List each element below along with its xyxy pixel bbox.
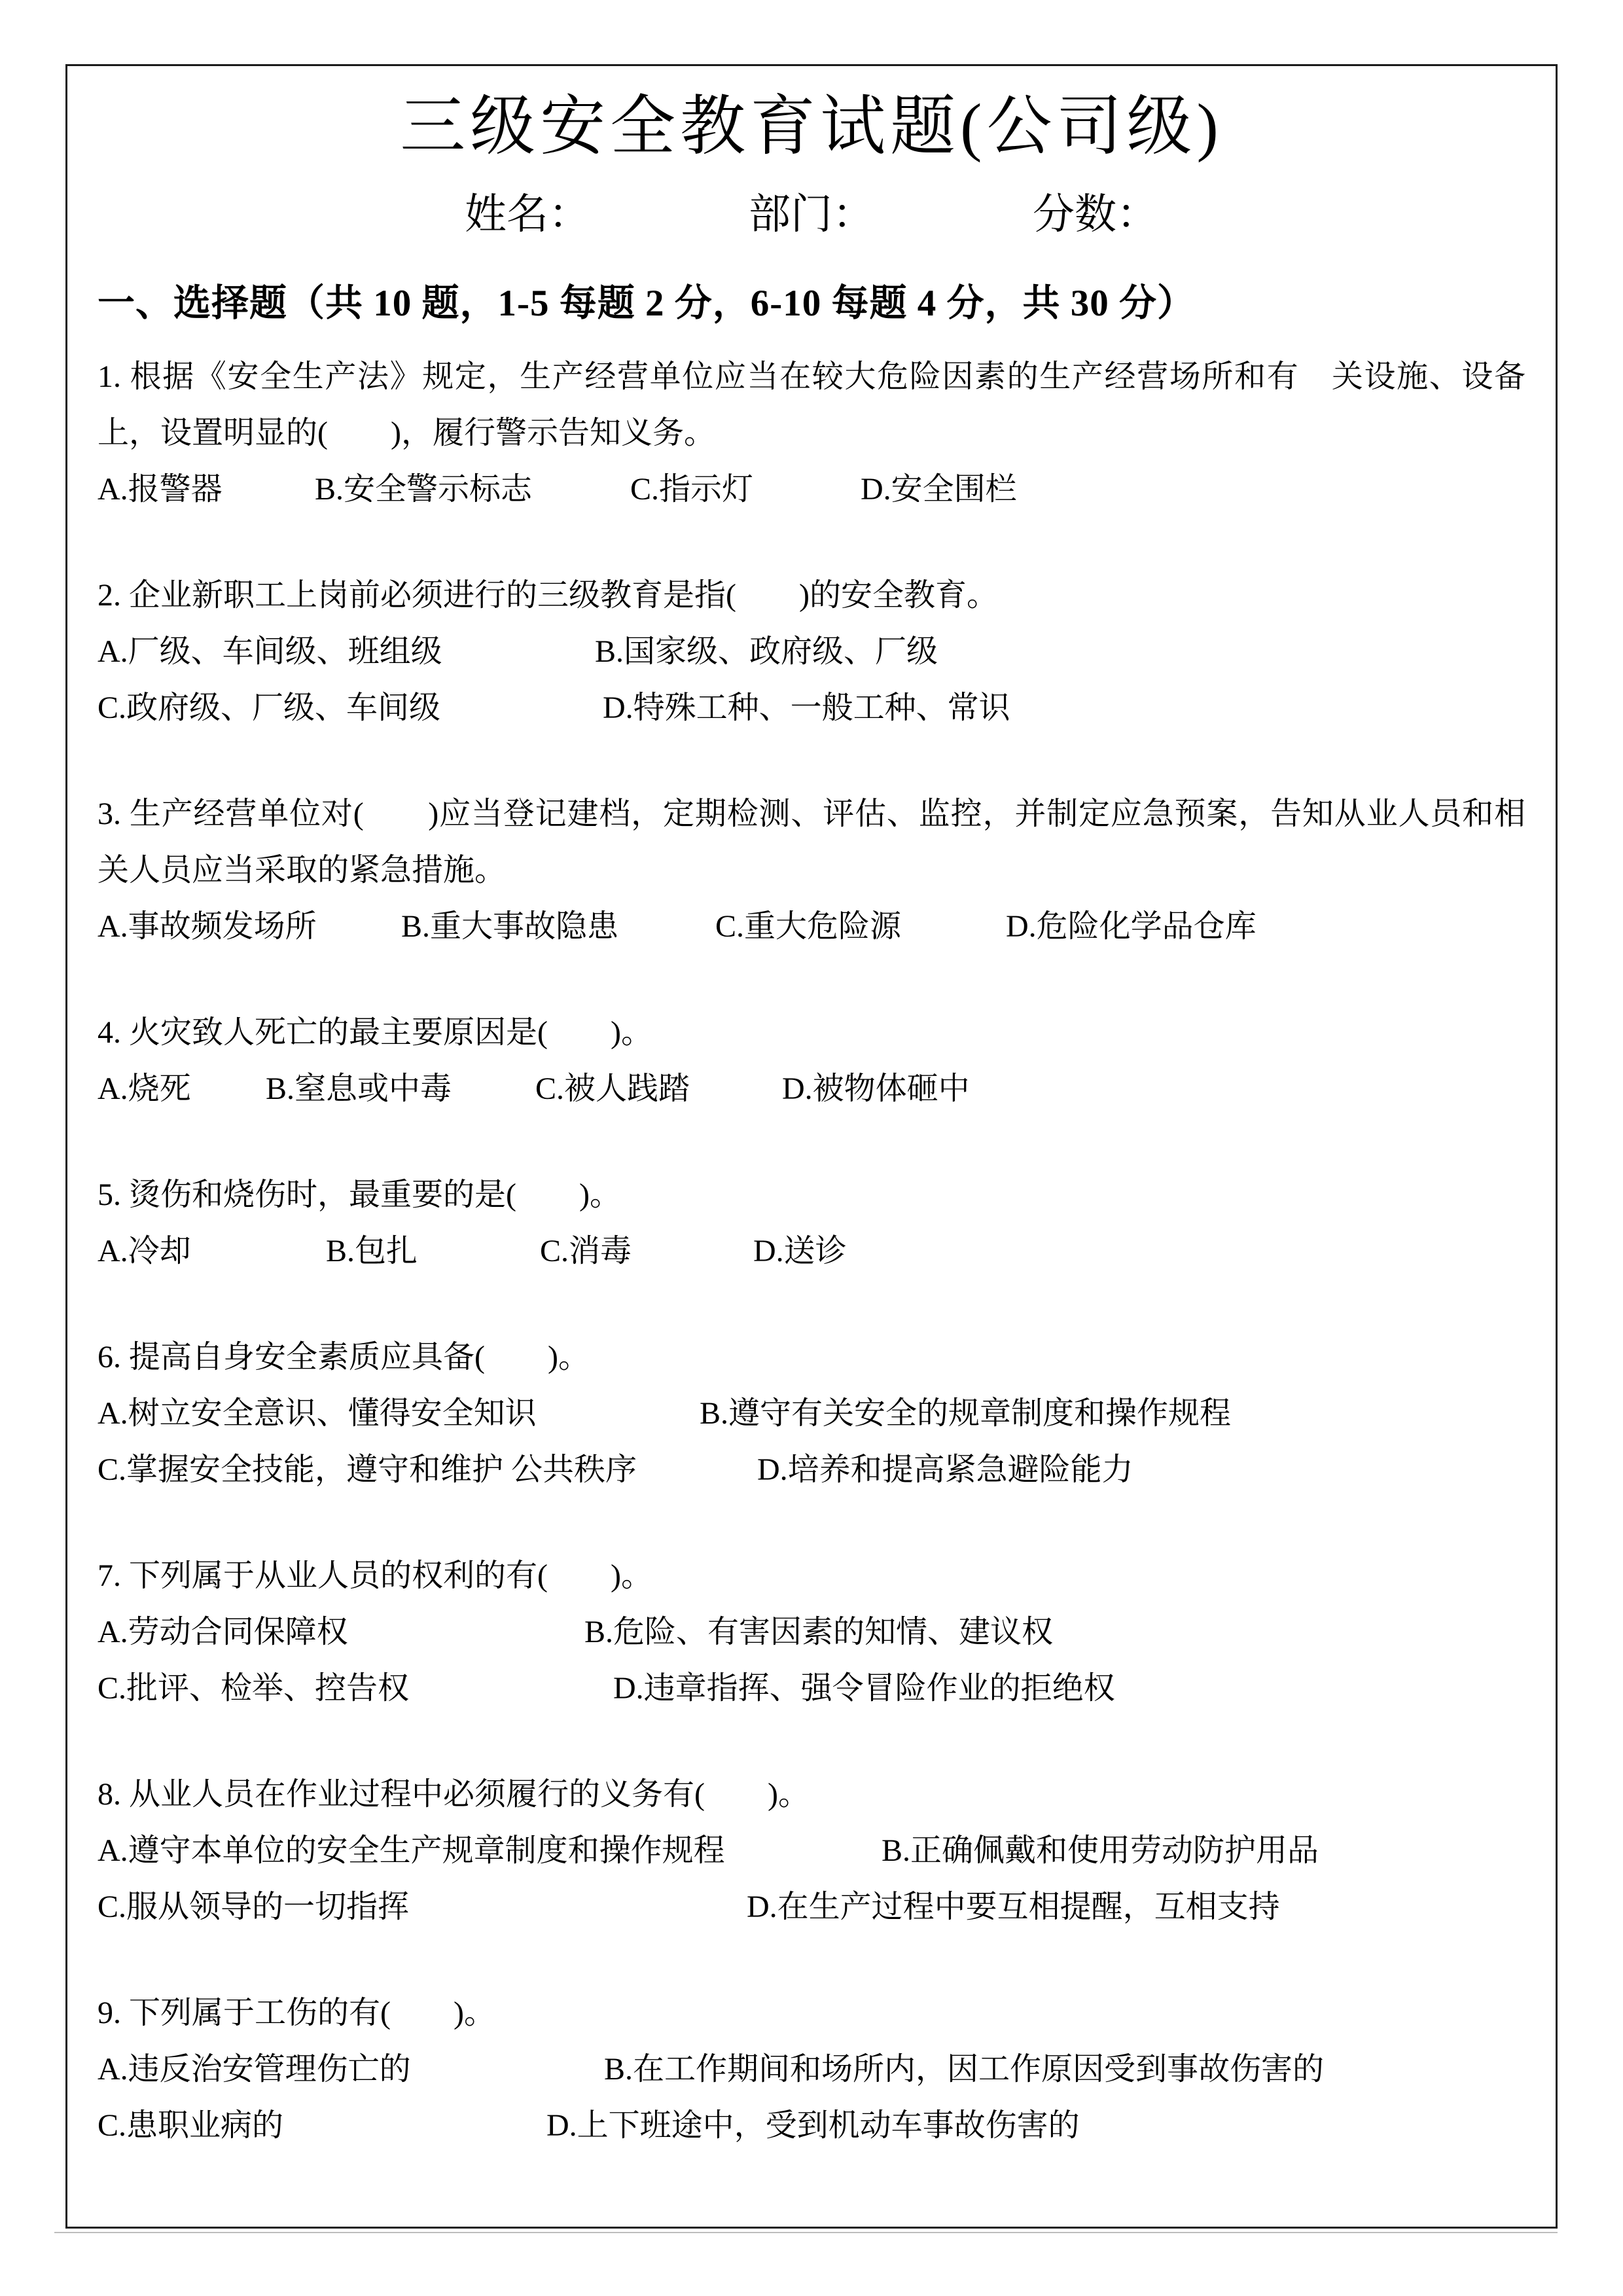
question-6-option-a: A.树立安全意识、懂得安全知识 bbox=[98, 1386, 692, 1442]
question-9-options-row-1: A.违反治安管理伤亡的 B.在工作期间和场所内，因工作原因受到事故伤害的 bbox=[98, 2041, 1525, 2098]
question-5-option-a: A.冷却 bbox=[98, 1223, 318, 1280]
question-7-option-b: B.危险、有害因素的知情、建议权 bbox=[584, 1604, 1053, 1660]
question-7-stem: 7. 下列属于从业人员的权利的有( )。 bbox=[98, 1548, 1525, 1604]
page-border: 三级安全教育试题(公司级) 姓名： 部门： 分数： 一、选择题（共 10 题，1… bbox=[65, 64, 1558, 2229]
question-6-options-row-1: A.树立安全意识、懂得安全知识 B.遵守有关安全的规章制度和操作规程 bbox=[98, 1386, 1525, 1442]
question-2-option-d: D.特殊工种、一般工种、常识 bbox=[603, 680, 1010, 736]
question-2-options-row-1: A.厂级、车间级、班组级 B.国家级、政府级、厂级 bbox=[98, 624, 1525, 680]
header-fields: 姓名： 部门： 分数： bbox=[98, 188, 1525, 242]
section-heading: 一、选择题（共 10 题，1-5 每题 2 分，6-10 每题 4 分，共 30… bbox=[98, 277, 1525, 331]
question-3-stem: 3. 生产经营单位对( )应当登记建档，定期检测、评估、监控，并制定应急预案，告… bbox=[98, 786, 1525, 899]
question-8-options-row-2: C.服从领导的一切指挥 D.在生产过程中要互相提醒，互相支持 bbox=[98, 1879, 1525, 1935]
question-1-option-b: B.安全警示标志 bbox=[315, 461, 622, 518]
question-4-option-d: D.被物体砸中 bbox=[782, 1061, 970, 1117]
question-8-option-a: A.遵守本单位的安全生产规章制度和操作规程 bbox=[98, 1823, 874, 1879]
question-7-option-d: D.违章指挥、强令冒险作业的拒绝权 bbox=[613, 1660, 1115, 1717]
question-1-option-c: C.指示灯 bbox=[630, 461, 853, 518]
question-1-options: A.报警器 B.安全警示标志 C.指示灯 D.安全围栏 bbox=[98, 461, 1525, 518]
question-4-option-b: B.窒息或中毒 bbox=[266, 1061, 527, 1117]
question-4-option-c: C.被人践踏 bbox=[535, 1061, 774, 1117]
question-8: 8. 从业人员在作业过程中必须履行的义务有( )。 A.遵守本单位的安全生产规章… bbox=[98, 1767, 1525, 1935]
question-6-options-row-2: C.掌握安全技能，遵守和维护 公共秩序 D.培养和提高紧急避险能力 bbox=[98, 1442, 1525, 1498]
question-2-options-row-2: C.政府级、厂级、车间级 D.特殊工种、一般工种、常识 bbox=[98, 680, 1525, 736]
question-5: 5. 烫伤和烧伤时，最重要的是( )。 A.冷却 B.包扎 C.消毒 D.送诊 bbox=[98, 1167, 1525, 1280]
question-8-stem: 8. 从业人员在作业过程中必须履行的义务有( )。 bbox=[98, 1767, 1525, 1823]
question-6-stem: 6. 提高自身安全素质应具备( )。 bbox=[98, 1329, 1525, 1386]
question-9-option-a: A.违反治安管理伤亡的 bbox=[98, 2041, 596, 2098]
question-9-option-b: B.在工作期间和场所内，因工作原因受到事故伤害的 bbox=[604, 2041, 1324, 2098]
question-8-option-c: C.服从领导的一切指挥 bbox=[98, 1879, 739, 1935]
question-7-options-row-1: A.劳动合同保障权 B.危险、有害因素的知情、建议权 bbox=[98, 1604, 1525, 1660]
question-9-option-d: D.上下班途中，受到机动车事故伤害的 bbox=[546, 2098, 1080, 2154]
question-6-option-d: D.培养和提高紧急避险能力 bbox=[757, 1442, 1133, 1498]
question-5-option-d: D.送诊 bbox=[753, 1223, 847, 1280]
question-2: 2. 企业新职工上岗前必须进行的三级教育是指( )的安全教育。 A.厂级、车间级… bbox=[98, 567, 1525, 736]
question-7-option-a: A.劳动合同保障权 bbox=[98, 1604, 577, 1660]
question-1-option-a: A.报警器 bbox=[98, 461, 307, 518]
question-4-option-a: A.烧死 bbox=[98, 1061, 258, 1117]
question-3-option-d: D.危险化学品仓库 bbox=[1006, 899, 1257, 955]
question-2-option-c: C.政府级、厂级、车间级 bbox=[98, 680, 595, 736]
question-9: 9. 下列属于工伤的有( )。 A.违反治安管理伤亡的 B.在工作期间和场所内，… bbox=[98, 1985, 1525, 2154]
question-5-stem: 5. 烫伤和烧伤时，最重要的是( )。 bbox=[98, 1167, 1525, 1223]
question-4: 4. 火灾致人死亡的最主要原因是( )。 A.烧死 B.窒息或中毒 C.被人践踏… bbox=[98, 1005, 1525, 1117]
question-1-option-d: D.安全围栏 bbox=[861, 461, 1017, 518]
question-8-option-d: D.在生产过程中要互相提醒，互相支持 bbox=[747, 1879, 1280, 1935]
question-list: 1. 根据《安全生产法》规定，生产经营单位应当在较大危险因素的生产经营场所和有 … bbox=[98, 349, 1525, 2154]
question-9-stem: 9. 下列属于工伤的有( )。 bbox=[98, 1985, 1525, 2041]
question-3-options: A.事故频发场所 B.重大事故隐患 C.重大危险源 D.危险化学品仓库 bbox=[98, 899, 1525, 955]
page-title: 三级安全教育试题(公司级) bbox=[98, 86, 1525, 168]
question-8-options-row-1: A.遵守本单位的安全生产规章制度和操作规程 B.正确佩戴和使用劳动防护用品 bbox=[98, 1823, 1525, 1879]
score-label: 分数： bbox=[1033, 188, 1158, 242]
department-label: 部门： bbox=[749, 188, 874, 242]
question-9-options-row-2: C.患职业病的 D.上下班途中，受到机动车事故伤害的 bbox=[98, 2098, 1525, 2154]
question-7: 7. 下列属于从业人员的权利的有( )。 A.劳动合同保障权 B.危险、有害因素… bbox=[98, 1548, 1525, 1717]
question-7-options-row-2: C.批评、检举、控告权 D.违章指挥、强令冒险作业的拒绝权 bbox=[98, 1660, 1525, 1717]
question-3-option-c: C.重大危险源 bbox=[715, 899, 998, 955]
question-5-options: A.冷却 B.包扎 C.消毒 D.送诊 bbox=[98, 1223, 1525, 1280]
question-5-option-c: C.消毒 bbox=[540, 1223, 745, 1280]
name-label: 姓名： bbox=[465, 188, 590, 242]
question-3: 3. 生产经营单位对( )应当登记建档，定期检测、评估、监控，并制定应急预案，告… bbox=[98, 786, 1525, 955]
question-7-option-c: C.批评、检举、控告权 bbox=[98, 1660, 605, 1717]
question-2-stem: 2. 企业新职工上岗前必须进行的三级教育是指( )的安全教育。 bbox=[98, 567, 1525, 624]
question-6-option-b: B.遵守有关安全的规章制度和操作规程 bbox=[700, 1386, 1231, 1442]
question-4-stem: 4. 火灾致人死亡的最主要原因是( )。 bbox=[98, 1005, 1525, 1061]
question-8-option-b: B.正确佩戴和使用劳动防护用品 bbox=[882, 1823, 1319, 1879]
question-2-option-b: B.国家级、政府级、厂级 bbox=[595, 624, 938, 680]
question-6: 6. 提高自身安全素质应具备( )。 A.树立安全意识、懂得安全知识 B.遵守有… bbox=[98, 1329, 1525, 1498]
question-4-options: A.烧死 B.窒息或中毒 C.被人践踏 D.被物体砸中 bbox=[98, 1061, 1525, 1117]
question-1-stem: 1. 根据《安全生产法》规定，生产经营单位应当在较大危险因素的生产经营场所和有 … bbox=[98, 349, 1525, 461]
question-5-option-b: B.包扎 bbox=[326, 1223, 532, 1280]
question-3-option-b: B.重大事故隐患 bbox=[401, 899, 707, 955]
question-2-option-a: A.厂级、车间级、班组级 bbox=[98, 624, 587, 680]
question-9-option-c: C.患职业病的 bbox=[98, 2098, 539, 2154]
question-1: 1. 根据《安全生产法》规定，生产经营单位应当在较大危险因素的生产经营场所和有 … bbox=[98, 349, 1525, 518]
question-3-option-a: A.事故频发场所 bbox=[98, 899, 393, 955]
question-6-option-c: C.掌握安全技能，遵守和维护 公共秩序 bbox=[98, 1442, 749, 1498]
